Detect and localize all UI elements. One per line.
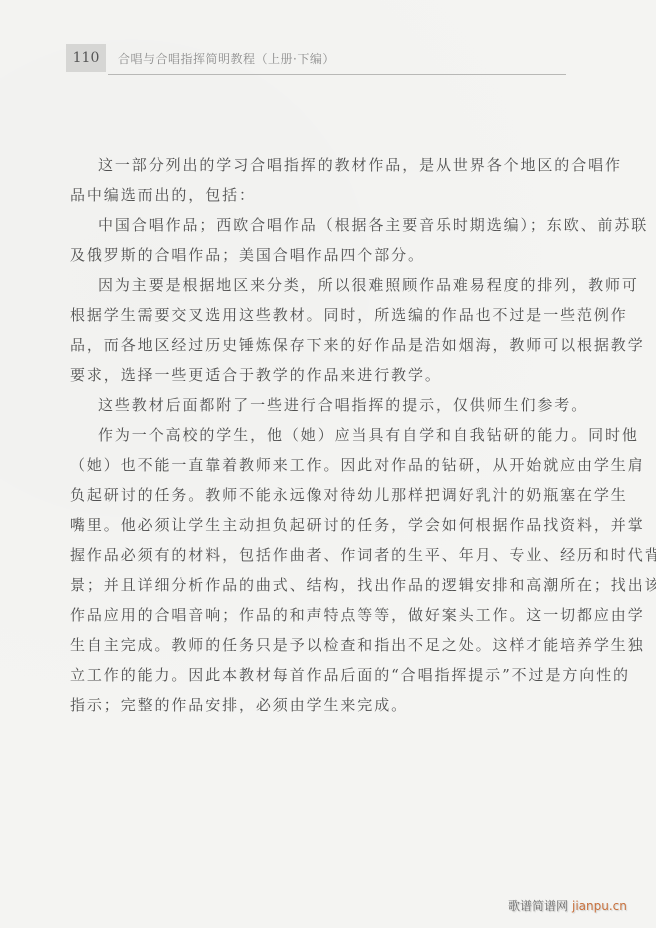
body-text: 这一部分列出的学习合唱指挥的教材作品，是从世界各个地区的合唱作 品中编选而出的，…	[70, 150, 572, 720]
paragraph-1-line-2: 品中编选而出的，包括：	[70, 180, 572, 210]
page-header: 110 合唱与合唱指挥简明教程（上册·下编）	[66, 44, 566, 72]
page-number: 110	[66, 44, 106, 72]
paragraph-5-line-8: 生自主完成。教师的任务只是予以检查和指出不足之处。这样才能培养学生独	[70, 630, 572, 660]
paragraph-5-line-7: 作品应用的合唱音响；作品的和声特点等等，做好案头工作。这一切都应由学	[70, 600, 572, 630]
running-title: 合唱与合唱指挥简明教程（上册·下编）	[118, 50, 335, 67]
paragraph-5-line-3: 负起研讨的任务。教师不能永远像对待幼儿那样把调好乳汁的奶瓶塞在学生	[70, 480, 572, 510]
paragraph-3-line-3: 品，而各地区经过历史锤炼保存下来的好作品是浩如烟海，教师可以根据教学	[70, 330, 572, 360]
book-page: 110 合唱与合唱指挥简明教程（上册·下编） 这一部分列出的学习合唱指挥的教材作…	[0, 0, 656, 928]
paragraph-2-line-1: 中国合唱作品；西欧合唱作品（根据各主要音乐时期选编）；东欧、前苏联	[70, 210, 572, 240]
watermark-cn: 歌谱简谱网	[508, 899, 568, 913]
header-rule	[108, 74, 566, 75]
paragraph-4-line-1: 这些教材后面都附了一些进行合唱指挥的提示，仅供师生们参考。	[70, 390, 572, 420]
paragraph-3-line-2: 根据学生需要交叉选用这些教材。同时，所选编的作品也不过是一些范例作	[70, 300, 572, 330]
paragraph-1-line-1: 这一部分列出的学习合唱指挥的教材作品，是从世界各个地区的合唱作	[70, 150, 572, 180]
watermark-en: jianpu.cn	[572, 899, 627, 913]
paragraph-3-line-1: 因为主要是根据地区来分类，所以很难照顾作品难易程度的排列，教师可	[70, 270, 572, 300]
paragraph-5-line-1: 作为一个高校的学生，他（她）应当具有自学和自我钻研的能力。同时他	[70, 420, 572, 450]
paragraph-5-line-5: 握作品必须有的材料，包括作曲者、作词者的生平、年月、专业、经历和时代背	[70, 540, 572, 570]
paragraph-2-line-2: 及俄罗斯的合唱作品；美国合唱作品四个部分。	[70, 240, 572, 270]
paragraph-5-line-10: 指示；完整的作品安排，必须由学生来完成。	[70, 690, 572, 720]
paragraph-5-line-4: 嘴里。他必须让学生主动担负起研讨的任务，学会如何根据作品找资料，并掌	[70, 510, 572, 540]
paragraph-5-line-6: 景；并且详细分析作品的曲式、结构，找出作品的逻辑安排和高潮所在；找出该	[70, 570, 572, 600]
paragraph-5-line-9: 立工作的能力。因此本教材每首作品后面的“合唱指挥提示”不过是方向性的	[70, 660, 572, 690]
paragraph-5-line-2: （她）也不能一直靠着教师来工作。因此对作品的钻研，从开始就应由学生肩	[70, 450, 572, 480]
site-watermark: 歌谱简谱网jianpu.cn	[508, 897, 627, 914]
paragraph-3-line-4: 要求，选择一些更适合于教学的作品来进行教学。	[70, 360, 572, 390]
